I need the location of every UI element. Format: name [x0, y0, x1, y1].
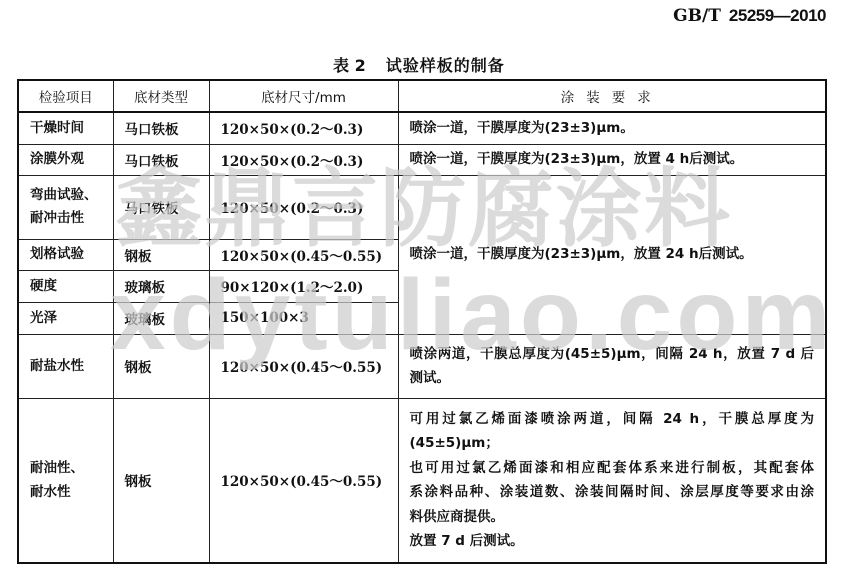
requirement-line: 喷涂一道，干膜厚度为(23±3)μm。: [410, 116, 815, 141]
requirement-line: 喷涂一道，干膜厚度为(23±3)μm，放置 4 h后测试。: [410, 147, 815, 172]
test-item-line: 弯曲试验、: [30, 184, 102, 207]
substrate-type-cell: 玻璃板: [113, 270, 209, 302]
test-item-cell: 光泽: [18, 302, 113, 334]
requirement-line: 也可用过氯乙烯面漆和相应配套体系来进行制板，其配套体: [410, 456, 815, 481]
table-title: 试验样板的制备: [386, 56, 505, 75]
table-row: 干燥时间 马口铁板 120×50×(0.2～0.3) 喷涂一道，干膜厚度为(23…: [18, 112, 826, 144]
test-item: 耐盐水性: [30, 355, 102, 378]
test-item: 光泽: [30, 307, 102, 330]
test-item: 硬度: [30, 275, 102, 298]
table-row: 弯曲试验、 耐冲击性 马口铁板 120×50×(0.2～0.3) 喷涂一道，干膜…: [18, 175, 826, 239]
coating-requirement-cell: 喷涂两道，干膜总厚度为(45±5)μm，间隔 24 h，放置 7 d 后 测试。: [398, 334, 826, 398]
substrate-size-cell: 150×100×3: [209, 302, 398, 334]
requirement-line: 可用过氯乙烯面漆喷涂两道，间隔 24 h，干膜总厚度为: [410, 407, 815, 432]
column-header-substrate-size: 底材尺寸/mm: [209, 80, 398, 112]
column-header-substrate-type: 底材类型: [113, 80, 209, 112]
test-panel-preparation-table: 检验项目 底材类型 底材尺寸/mm 涂装要求 干燥时间 马口铁板 120×50×…: [17, 79, 827, 564]
substrate-size-cell: 120×50×(0.45～0.55): [209, 398, 398, 563]
requirement-line: 料供应商提供。: [410, 505, 815, 530]
substrate-type-cell: 马口铁板: [113, 112, 209, 144]
coating-requirement-cell: 可用过氯乙烯面漆喷涂两道，间隔 24 h，干膜总厚度为 (45±5)μm； 也可…: [398, 398, 826, 563]
test-item: 干燥时间: [30, 117, 102, 140]
table-row: 耐盐水性 钢板 120×50×(0.45～0.55) 喷涂两道，干膜总厚度为(4…: [18, 334, 826, 398]
table-header-row: 检验项目 底材类型 底材尺寸/mm 涂装要求: [18, 80, 826, 112]
requirement-line: 放置 7 d 后测试。: [410, 529, 815, 554]
standard-code: 25259—2010: [729, 6, 826, 25]
substrate-type-cell: 钢板: [113, 239, 209, 270]
coating-requirement-merged-cell: 喷涂一道，干膜厚度为(23±3)μm，放置 24 h后测试。: [398, 175, 826, 334]
requirement-line: 喷涂一道，干膜厚度为(23±3)μm，放置 24 h后测试。: [410, 242, 815, 267]
requirement-line: 喷涂两道，干膜总厚度为(45±5)μm，间隔 24 h，放置 7 d 后: [410, 342, 815, 367]
test-item-line: 耐油性、: [30, 456, 102, 480]
test-item-cell: 干燥时间: [18, 112, 113, 144]
substrate-type-cell: 马口铁板: [113, 144, 209, 175]
substrate-size-cell: 120×50×(0.45～0.55): [209, 239, 398, 270]
coating-requirement-cell: 喷涂一道，干膜厚度为(23±3)μm，放置 4 h后测试。: [398, 144, 826, 175]
table-label: 表 2: [333, 56, 366, 75]
test-item-cell: 划格试验: [18, 239, 113, 270]
test-item: 划格试验: [30, 243, 102, 266]
substrate-size-cell: 120×50×(0.2～0.3): [209, 112, 398, 144]
test-item-line: 耐水性: [30, 480, 102, 504]
test-item-cell: 耐油性、 耐水性: [18, 398, 113, 563]
substrate-type-cell: 玻璃板: [113, 302, 209, 334]
substrate-size-cell: 120×50×(0.2～0.3): [209, 144, 398, 175]
substrate-size-cell: 120×50×(0.45～0.55): [209, 334, 398, 398]
substrate-type-cell: 马口铁板: [113, 175, 209, 239]
table-caption: 表 2试验样板的制备: [333, 53, 505, 76]
test-item-cell: 硬度: [18, 270, 113, 302]
requirement-line: (45±5)μm；: [410, 431, 815, 456]
table-row: 涂膜外观 马口铁板 120×50×(0.2～0.3) 喷涂一道，干膜厚度为(23…: [18, 144, 826, 175]
standard-prefix: GB/T: [673, 6, 721, 26]
test-item-cell: 涂膜外观: [18, 144, 113, 175]
test-item-cell: 弯曲试验、 耐冲击性: [18, 175, 113, 239]
requirement-line: 系涂料品种、涂装道数、涂装间隔时间、涂层厚度等要求由涂: [410, 480, 815, 505]
test-item: 涂膜外观: [30, 148, 102, 171]
standard-number: GB/T25259—2010: [673, 6, 826, 26]
test-item-cell: 耐盐水性: [18, 334, 113, 398]
substrate-size-cell: 120×50×(0.2～0.3): [209, 175, 398, 239]
table-row: 耐油性、 耐水性 钢板 120×50×(0.45～0.55) 可用过氯乙烯面漆喷…: [18, 398, 826, 563]
substrate-type-cell: 钢板: [113, 398, 209, 563]
requirement-line: 测试。: [410, 366, 815, 391]
substrate-size-cell: 90×120×(1.2～2.0): [209, 270, 398, 302]
substrate-type-cell: 钢板: [113, 334, 209, 398]
column-header-test-item: 检验项目: [18, 80, 113, 112]
test-item-line: 耐冲击性: [30, 207, 102, 230]
coating-requirement-cell: 喷涂一道，干膜厚度为(23±3)μm。: [398, 112, 826, 144]
column-header-coating-requirement: 涂装要求: [398, 80, 826, 112]
